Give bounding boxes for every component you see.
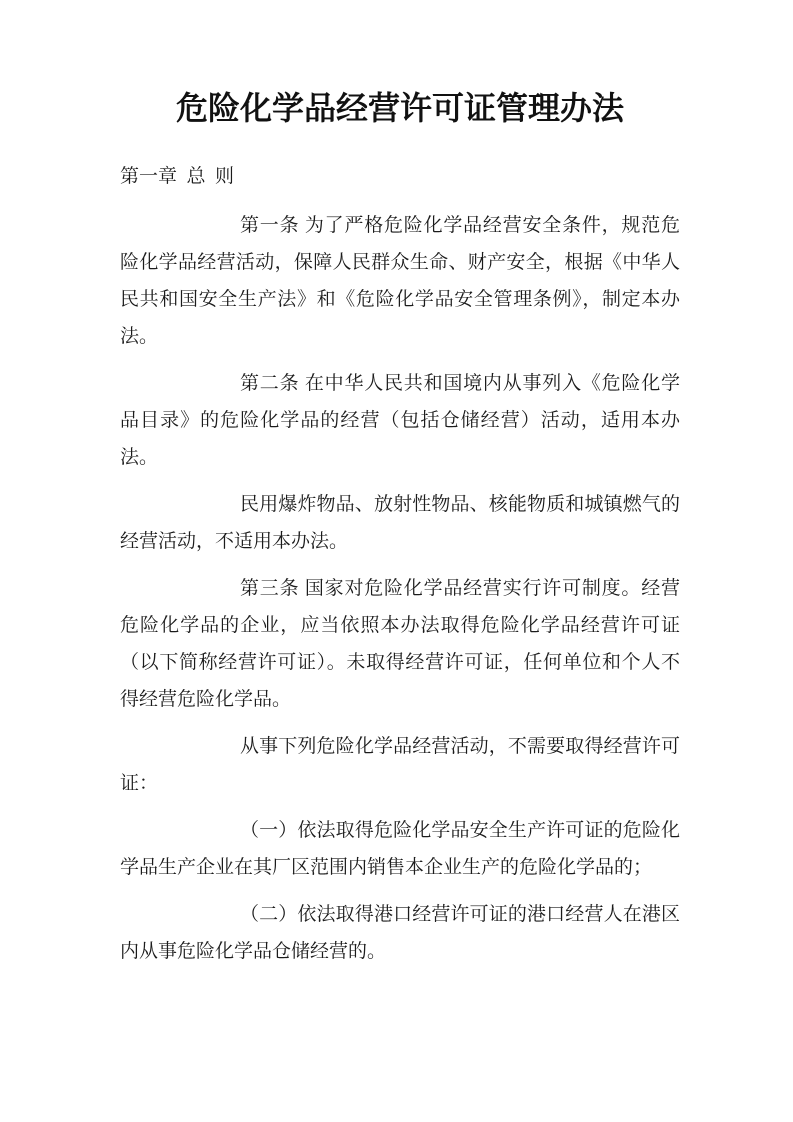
paragraph-exemption-item-1: （一）依法取得危险化学品安全生产许可证的危险化学品生产企业在其厂区范围内销售本企… <box>120 812 680 886</box>
paragraph-license-exemption-intro: 从事下列危险化学品经营活动，不需要取得经营许可证： <box>120 728 680 802</box>
document-page: 危险化学品经营许可证管理办法 第一章 总 则 第一条 为了严格危险化学品经营安全… <box>0 0 793 1122</box>
paragraph-article-2-exclusions: 民用爆炸物品、放射性物品、核能物质和城镇燃气的经营活动，不适用本办法。 <box>120 486 680 560</box>
paragraph-exemption-item-2: （二）依法取得港口经营许可证的港口经营人在港区内从事危险化学品仓储经营的。 <box>120 896 680 970</box>
chapter-heading: 第一章 总 则 <box>120 158 680 195</box>
paragraph-article-3: 第三条 国家对危险化学品经营实行许可制度。经营危险化学品的企业，应当依照本办法取… <box>120 570 680 718</box>
paragraph-article-1: 第一条 为了严格危险化学品经营安全条件，规范危险化学品经营活动，保障人民群众生命… <box>120 207 680 355</box>
paragraph-article-2: 第二条 在中华人民共和国境内从事列入《危险化学品目录》的危险化学品的经营（包括仓… <box>120 365 680 476</box>
document-title: 危险化学品经营许可证管理办法 <box>120 88 680 128</box>
